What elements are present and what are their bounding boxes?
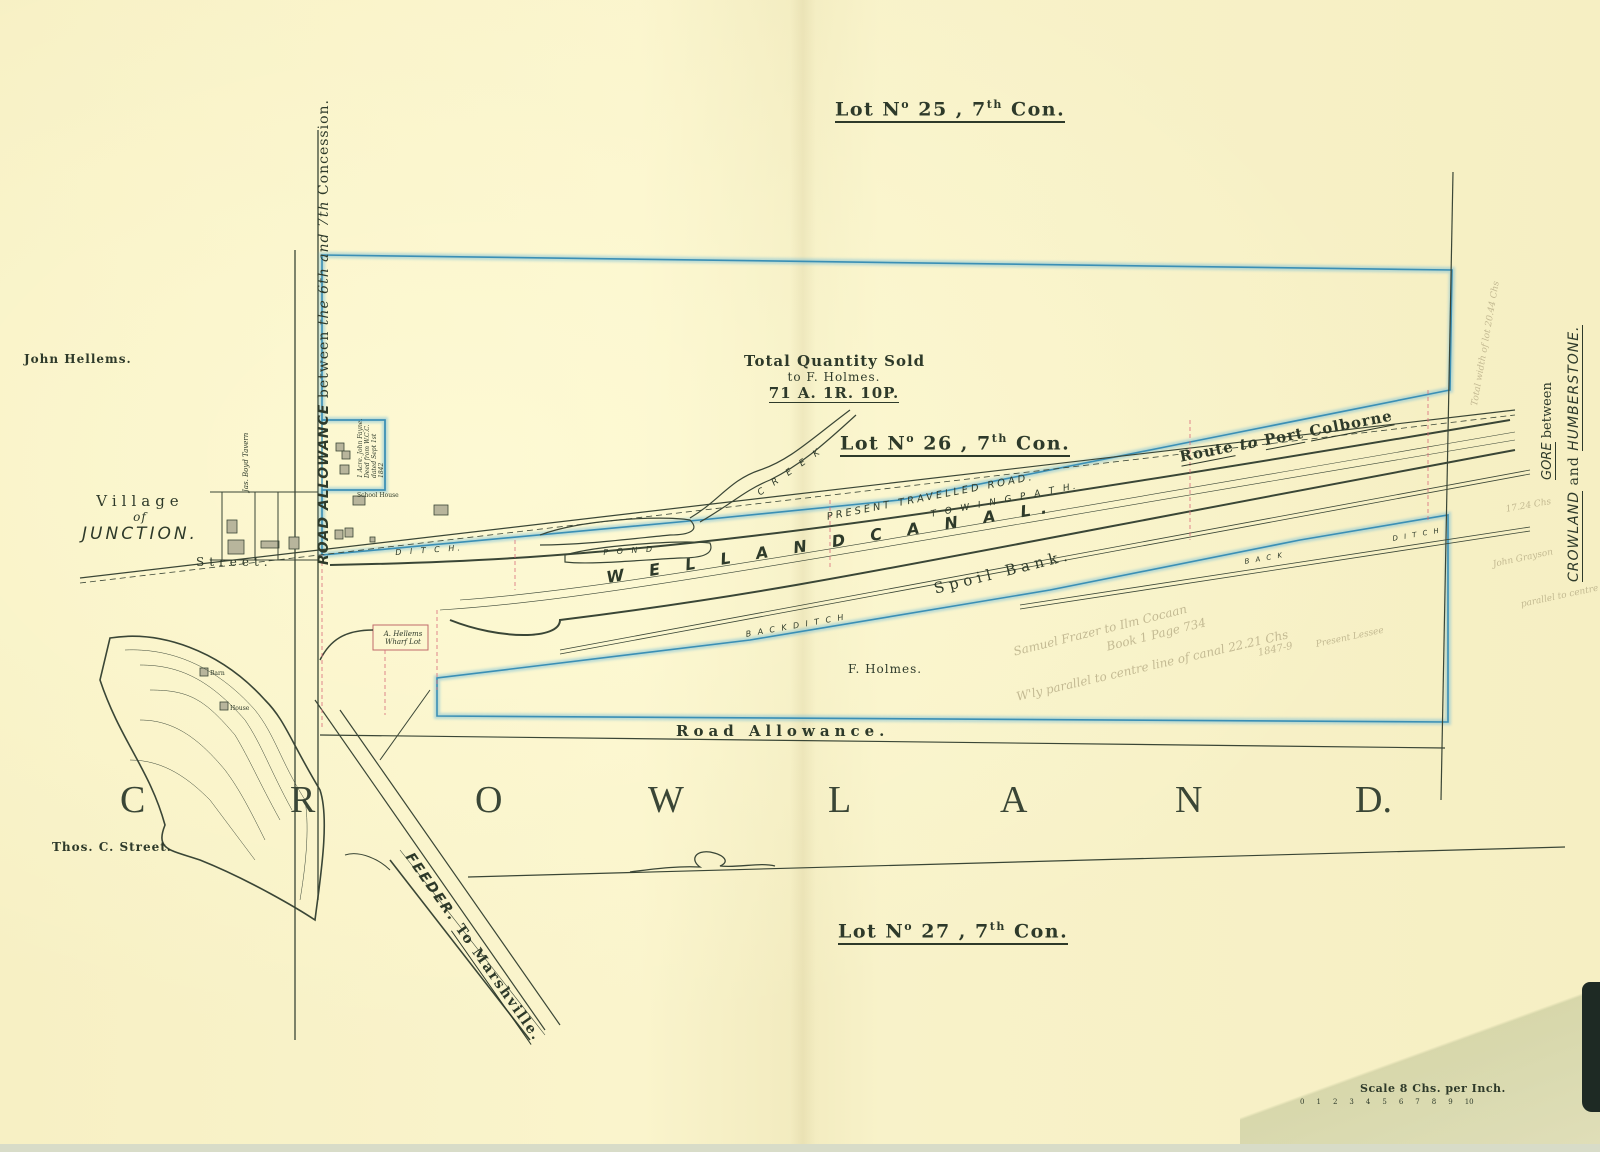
gore-label-line2: CROWLAND and HUMBERSTONE. [1566, 326, 1582, 583]
village-of-junction: Village of JUNCTION. [70, 492, 210, 544]
crowland-letter-w: W [648, 778, 684, 822]
welland-canal-lines [80, 410, 1530, 654]
lot-26-label: Lot No 26 , 7th Con. [840, 432, 1070, 457]
holmes-parcel-south [437, 515, 1448, 722]
owner-f-holmes: F. Holmes. [848, 662, 922, 676]
wharf-lot-label: A. Hellems Wharf Lot [378, 630, 428, 646]
village-lots [210, 492, 318, 560]
owner-john-hellems: John Hellems. [24, 352, 132, 366]
sale-note-line1: Total Quantity Sold [744, 352, 924, 370]
jas-boyd-tavern: Jas. Boyd Tavern [242, 452, 250, 492]
crowland-letter-r: R [290, 778, 315, 822]
gore-label-line1: GORE between [1540, 382, 1555, 480]
vertical-road-allowance-lines [295, 130, 318, 1040]
john-fayne-parcel-note: 1 Acre. John Fayne. Deed from W.C.C. dat… [357, 418, 385, 478]
crowland-letter-l: L [828, 778, 851, 822]
torn-edge [1582, 982, 1600, 1112]
paper-stain [1240, 982, 1600, 1152]
house-label: House [230, 705, 249, 712]
scale-title: Scale 8 Chs. per Inch. [1360, 1082, 1506, 1095]
sale-note: Total Quantity Sold to F. Holmes. 71 A. … [744, 352, 924, 402]
crowland-letter-a: A [1000, 778, 1027, 822]
school-house-label: School House [357, 492, 399, 499]
owner-thos-street: Thos. C. Street. [52, 840, 172, 854]
map-drawing [0, 0, 1600, 1152]
road-allowance-horizontal-label: Road Allowance. [676, 722, 889, 740]
crowland-letter-o: O [475, 778, 502, 822]
crowland-letter-d: D. [1355, 778, 1392, 822]
scale-bar: 012345678910 [1300, 1098, 1474, 1106]
lot-25-label: Lot No 25 , 7th Con. [835, 98, 1065, 123]
sale-note-quantity: 71 A. 1R. 10P. [769, 384, 899, 403]
road-allowance-vertical-label: ROAD ALLOWANCE between the 6th and 7th C… [316, 99, 332, 565]
feeder-canal [315, 690, 560, 1040]
crowland-letter-c: C [120, 778, 145, 822]
barn-label: Barn [210, 670, 225, 677]
island-contours [100, 630, 390, 920]
lot-27-label: Lot No 27 , 7th Con. [838, 920, 1068, 945]
sale-note-line2: to F. Holmes. [744, 370, 924, 384]
scan-edge [0, 1144, 1600, 1152]
street-label: Street. [196, 555, 273, 569]
lot-27-boundary [468, 847, 1565, 877]
crowland-letter-n: N [1175, 778, 1202, 822]
